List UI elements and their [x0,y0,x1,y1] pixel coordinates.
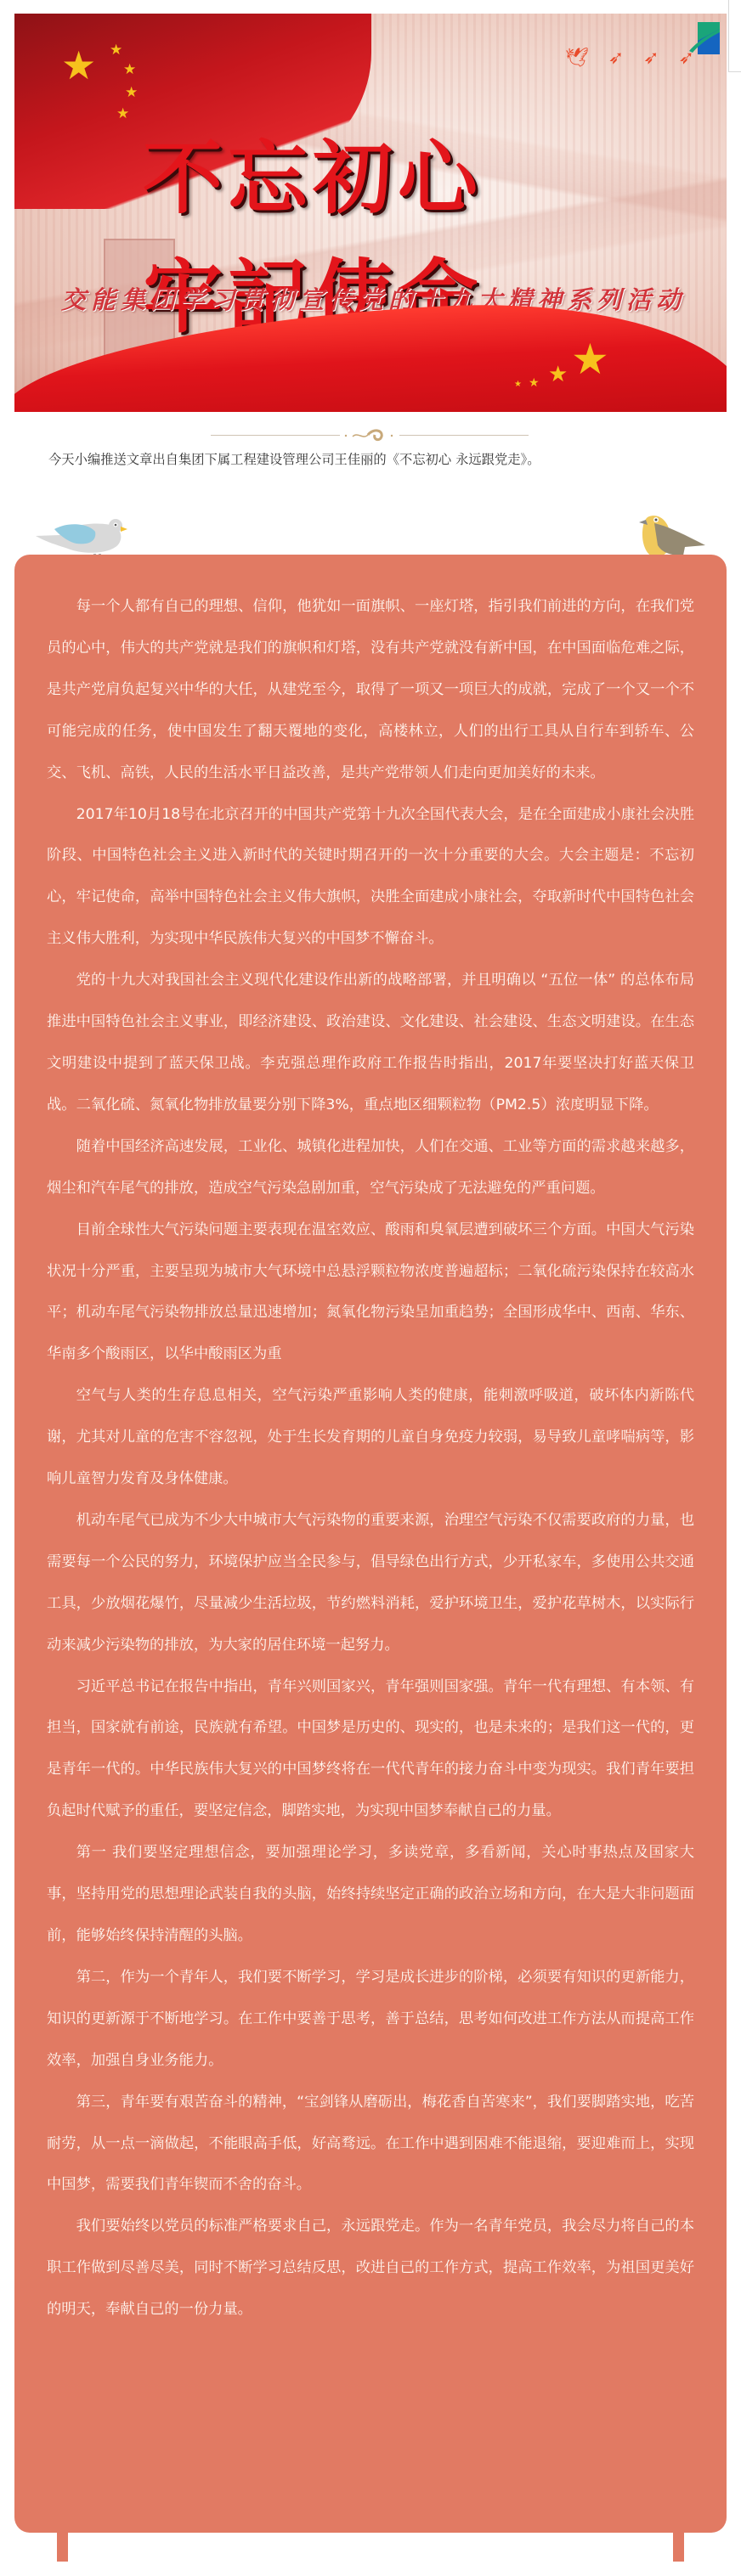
logo-frame [728,0,741,72]
small-star-icon: ★ [125,86,138,100]
small-star-icon: ★ [529,377,540,389]
paragraph: 第二，作为一个青年人，我们要不断学习，学习是成长进步的阶梯，必须要有知识的更新能… [47,1957,694,2082]
flying-doves-icon: 🕊 ➶ ➶ ➶ [565,48,701,69]
paragraph: 目前全球性大气污染问题主要表现在温室效应、酸雨和臭氧层遭到破坏三个方面。中国大气… [47,1209,694,1376]
small-star-icon: ★ [123,63,136,77]
big-star-icon: ★ [61,46,96,85]
company-logo-icon [689,20,720,56]
divider-line-left [211,435,340,436]
paragraph: 每一个人都有自己的理想、信仰，他犹如一面旗帜、一座灯塔，指引我们前进的方向，在我… [47,586,694,794]
divider-line-right [399,435,529,436]
ornament-divider [211,426,529,443]
paragraph: 第三，青年要有艰苦奋斗的精神，“宝剑锋从磨砺出，梅花香自苦寒来”，我们要脚踏实地… [47,2082,694,2207]
card-leg-right [673,2529,684,2562]
small-star-icon: ★ [110,43,122,58]
paragraph: 空气与人类的生存息息相关，空气污染严重影响人类的健康，能刺激呼吸道，破坏体内新陈… [47,1375,694,1500]
paragraph: 我们要始终以党员的标准严格要求自己，永远跟党走。作为一名青年党员，我会尽力将自己… [47,2206,694,2331]
header-banner: ★ ★ ★ ★ ★ 🕊 ➶ ➶ ➶ 不忘初心 牢記使命 交能集团学习贯彻宣传党的… [14,14,727,412]
paragraph: 第一 我们要坚定理想信念，要加强理论学习，多读党章，多看新闻，关心时事热点及国家… [47,1832,694,1957]
paragraph: 习近平总书记在报告中指出，青年兴则国家兴，青年强则国家强。青年一代有理想、有本领… [47,1666,694,1833]
small-star-icon: ★ [548,364,568,386]
big-star-icon: ★ [571,338,609,380]
intro-text: 今天小编推送文章出自集团下属工程建设管理公司王佳丽的《不忘初心 永远跟党走》。 [48,449,540,468]
card-leg-left [57,2529,68,2562]
article-body: 每一个人都有自己的理想、信仰，他犹如一面旗帜、一座灯塔，指引我们前进的方向，在我… [47,586,694,2331]
paragraph: 党的十九大对我国社会主义现代化建设作出新的战略部署，并且明确以 “五位一体” 的… [47,960,694,1126]
small-star-icon: ★ [514,380,522,389]
swirl-ornament-icon [344,426,395,443]
paragraph: 随着中国经济高速发展，工业化、城镇化进程加快，人们在交通、工业等方面的需求越来越… [47,1126,694,1209]
paragraph: 机动车尾气已成为不少大中城市大气污染物的重要来源，治理空气污染不仅需要政府的力量… [47,1500,694,1666]
paragraph: 2017年10月18号在北京召开的中国共产党第十九次全国代表大会，是在全面建成小… [47,794,694,961]
banner-title-line1: 不忘初心 [14,114,669,228]
